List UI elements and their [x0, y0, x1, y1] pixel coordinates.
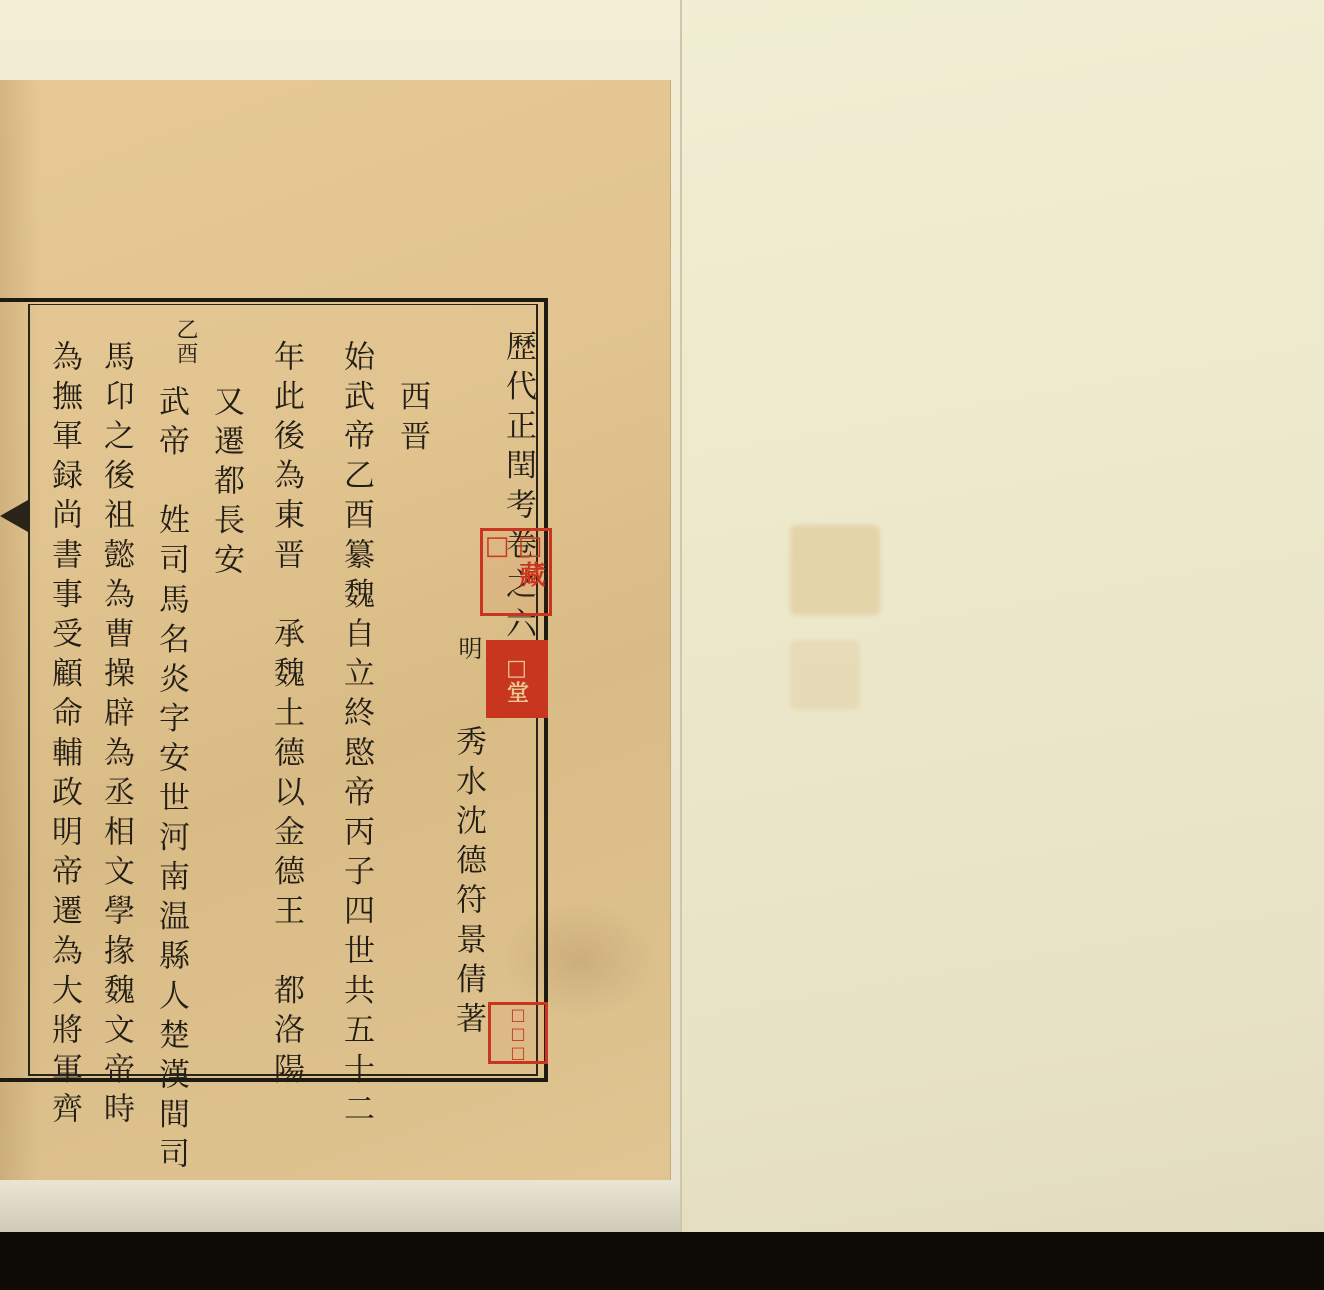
- text-column-2: 年此後為東晋 承魏土德以金德王 都洛陽: [270, 340, 301, 1092]
- text-column-5: 馬卬之後祖懿為曹操辟為丞相文學掾魏文帝時: [100, 340, 131, 1132]
- collector-seal-2: □堂: [486, 640, 548, 718]
- text-column-6: 為撫軍録尚書事受顧命輔政明帝遷為大將軍齊: [48, 340, 79, 1132]
- author-line: 秀水沈德符景倩著: [452, 725, 483, 1042]
- section-heading: 西晋: [396, 380, 427, 459]
- collector-seal-3: □□□: [488, 1002, 548, 1064]
- scan-background: [0, 1232, 1324, 1290]
- offset-seal-impression-2: [790, 640, 860, 710]
- offset-seal-impression: [790, 525, 880, 615]
- text-column-3: 又遷都長安: [210, 385, 241, 583]
- dynasty-label: 明: [456, 636, 480, 669]
- text-column-1: 始武帝乙酉纂魏自立終愍帝丙子四世共五十二: [340, 340, 371, 1132]
- text-column-4: 武帝 姓司馬名炎字安世河南温縣人楚漢間司: [155, 385, 186, 1177]
- inline-note: 乙酉: [156, 318, 196, 366]
- right-blank-page: [680, 0, 1324, 1232]
- collector-seal-1: □藏□: [480, 528, 552, 616]
- fishtail-block-mark: [0, 500, 28, 532]
